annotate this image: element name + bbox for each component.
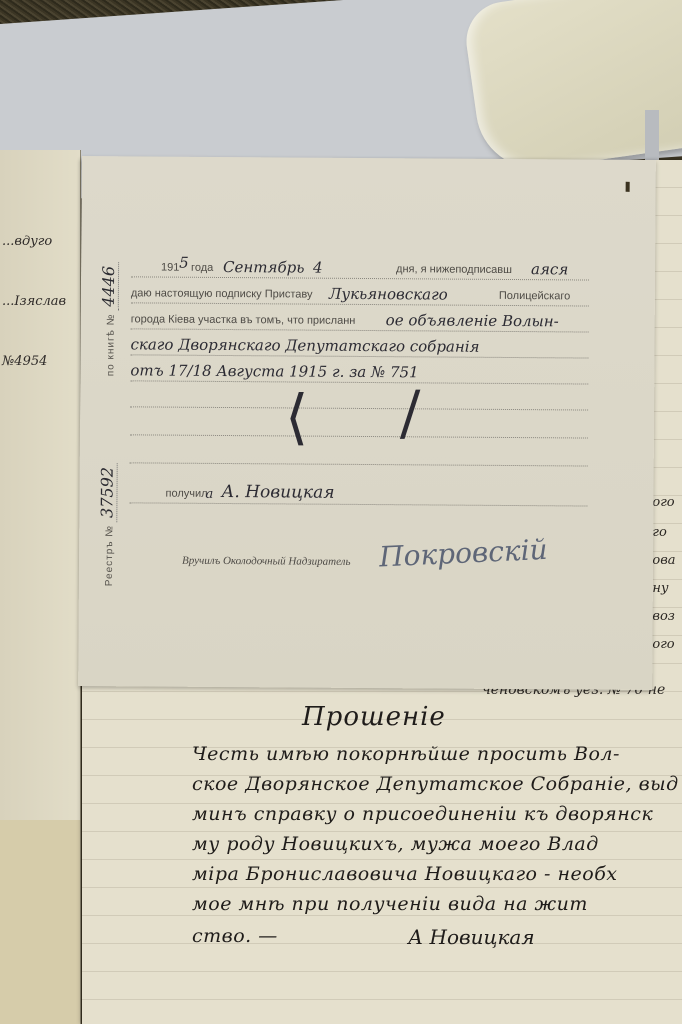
petition-line: минъ справку о присоединеніи къ дворянск — [192, 803, 653, 825]
received-signature: А. Новицкая — [221, 482, 334, 503]
printed-text: Полицейскаго — [499, 290, 570, 302]
officer-signature: Покровскій — [378, 533, 548, 574]
staple-pin — [626, 182, 630, 192]
register-number-value: 37592 — [97, 463, 117, 522]
day-word: дня, я нижеподписавш — [396, 263, 512, 276]
receipt-line-date: 191 5 года Сентябрь 4 дня, я нижеподписа… — [131, 252, 589, 280]
book-number-label: по книгѣ № — [105, 314, 116, 377]
petition-line: Честь имѣю покорнѣйше просить Вол- — [192, 743, 620, 765]
register-number-label: Реестръ № — [104, 525, 115, 586]
brace-mark: / — [400, 378, 421, 448]
petition-line: мое мнѣ при полученіи вида на жит — [192, 893, 588, 915]
receipt-blank-line — [130, 382, 588, 410]
receipt-side-strip: по книгѣ №4446 Реестръ №37592 — [96, 226, 119, 666]
petition-title: Прошеніе — [302, 702, 446, 732]
handwritten-text: отъ 17/18 Августа 1915 г. за № 751 — [130, 361, 418, 381]
receipt-blank-line — [130, 438, 588, 466]
left-note-line: ...Ізяслав — [2, 292, 66, 312]
left-note-line: №4954 — [2, 352, 66, 372]
year-word: года — [191, 262, 213, 274]
left-note-line: ...вдуго — [2, 232, 66, 252]
year-prefix: 191 — [161, 262, 179, 274]
left-page-lower-sheet — [0, 820, 80, 1024]
register-number-field: Реестръ №37592 — [97, 463, 117, 586]
receipt-line-date-ref: отъ 17/18 Августа 1915 г. за № 751 — [130, 356, 588, 384]
police-receipt-slip: по книгѣ №4446 Реестръ №37592 191 5 года… — [78, 156, 656, 690]
petition-signature: А Новицкая — [408, 925, 535, 949]
month-value: Сентябрь — [223, 258, 304, 277]
received-suffix: а — [205, 487, 213, 502]
printed-text: города Кіева участка въ томъ, что присла… — [131, 313, 356, 327]
district-value: Лукьяновскаго — [329, 285, 448, 304]
handed-by-label: Вручилъ Околодочный Надзиратель — [182, 555, 351, 568]
received-label: получил — [165, 488, 207, 500]
petition-line: му роду Новицкихъ, мужа моего Влад — [192, 833, 599, 855]
book-number-value: 4446 — [99, 262, 119, 311]
petition-line: ское Дворянское Депутатское Собраніе, вы… — [192, 773, 679, 795]
petition-line: ство. — — [192, 925, 278, 947]
handwritten-text: ое объявленіе Волын- — [386, 311, 559, 330]
receipt-blank-line — [130, 410, 588, 438]
left-page-note: ...вдуго ...Ізяслав №4954 — [2, 192, 66, 392]
receipt-line-sent: города Кіева участка въ томъ, что присла… — [131, 304, 589, 332]
brace-mark: ⟨ — [285, 382, 309, 452]
year-digit: 5 — [179, 254, 189, 272]
day-value: 4 — [313, 259, 323, 277]
printed-text: даю настоящую подписку Приставу — [131, 287, 313, 300]
handwritten-text: скаго Дворянскаго Депутатскаго собранія — [130, 335, 479, 355]
receipt-line-received: получил а А. Новицкая — [129, 478, 587, 506]
receipt-line-pristav: даю настоящую подписку Приставу Лукьянов… — [131, 278, 589, 306]
receipt-line-assembly: скаго Дворянскаго Депутатскаго собранія — [130, 330, 588, 358]
petition-line: міра Брониславовича Новицкаго - необх — [192, 863, 618, 885]
gender-ending: аяся — [531, 260, 568, 278]
book-number-field: по книгѣ №4446 — [98, 262, 118, 376]
